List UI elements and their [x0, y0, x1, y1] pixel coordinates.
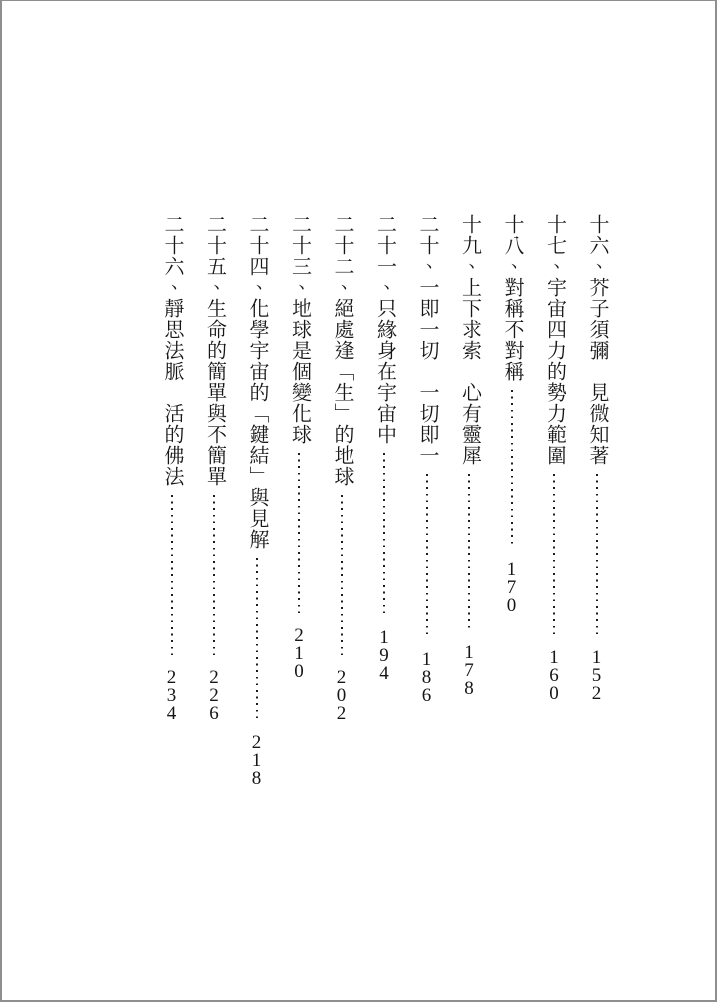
toc-entry-title: 二十三、地球是個變化球	[289, 214, 310, 445]
toc-entry-page-number: 186	[416, 649, 437, 703]
dotted-leader	[341, 495, 343, 655]
dotted-leader	[596, 474, 598, 635]
toc-entry-title: 二十二、絕處逢「生」的地球	[331, 214, 352, 487]
toc-entry-18: 十八、對稱不對稱 170	[501, 214, 522, 613]
toc-entry-title: 二十、一即一切 一切即一	[416, 214, 437, 466]
toc-entry-page-number: 226	[204, 667, 225, 721]
toc-entry-page-number: 194	[374, 627, 395, 681]
dotted-leader	[171, 495, 173, 655]
toc-entry-title: 十八、對稱不對稱	[501, 214, 522, 382]
toc-entry-page-number: 170	[501, 559, 522, 613]
toc-entry-page-number: 234	[161, 667, 182, 721]
toc-entry-24: 二十四、化學宇宙的「鍵結」與見解 218	[246, 214, 267, 786]
toc-entry-page-number: 152	[586, 647, 607, 701]
toc-entry-title: 十七、宇宙四力的勢力範圍	[544, 214, 565, 466]
toc-entry-page-number: 210	[289, 625, 310, 679]
dotted-leader	[553, 474, 555, 635]
toc-entry-17: 十七、宇宙四力的勢力範圍 160	[544, 214, 565, 701]
book-page: 十六、芥子須彌 見微知著 152 十七、宇宙四力的勢力範圍 160 十八、對稱不…	[0, 0, 717, 1002]
toc-entry-23: 二十三、地球是個變化球 210	[289, 214, 310, 679]
toc-entry-page-number: 202	[331, 667, 352, 721]
toc-entry-page-number: 218	[246, 732, 267, 786]
dotted-leader	[298, 453, 300, 613]
toc-entry-16: 十六、芥子須彌 見微知著 152	[586, 214, 607, 701]
toc-entry-title: 二十四、化學宇宙的「鍵結」與見解	[246, 214, 267, 550]
dotted-leader	[468, 474, 470, 630]
toc-entry-19: 十九、上下求索 心有靈犀 178	[459, 214, 480, 696]
toc-entry-page-number: 160	[544, 647, 565, 701]
toc-entry-title: 二十五、生命的簡單與不簡單	[204, 214, 225, 487]
dotted-leader	[256, 558, 258, 720]
toc-entry-title: 二十一、只緣身在宇宙中	[374, 214, 395, 445]
toc-entry-title: 十六、芥子須彌 見微知著	[586, 214, 607, 466]
toc-entry-21: 二十一、只緣身在宇宙中 194	[374, 214, 395, 681]
dotted-leader	[426, 474, 428, 637]
dotted-leader	[511, 390, 513, 547]
toc-entry-page-number: 178	[459, 642, 480, 696]
toc-entry-title: 十九、上下求索 心有靈犀	[459, 214, 480, 466]
toc-entry-20: 二十、一即一切 一切即一 186	[416, 214, 437, 703]
toc-entry-25: 二十五、生命的簡單與不簡單 226	[204, 214, 225, 721]
toc-entry-22: 二十二、絕處逢「生」的地球 202	[331, 214, 352, 721]
toc-entry-26: 二十六、靜思法脈 活的佛法 234	[161, 214, 182, 721]
dotted-leader	[383, 453, 385, 615]
table-of-contents: 十六、芥子須彌 見微知著 152 十七、宇宙四力的勢力範圍 160 十八、對稱不…	[161, 214, 607, 786]
dotted-leader	[213, 495, 215, 655]
toc-entry-title: 二十六、靜思法脈 活的佛法	[161, 214, 182, 487]
